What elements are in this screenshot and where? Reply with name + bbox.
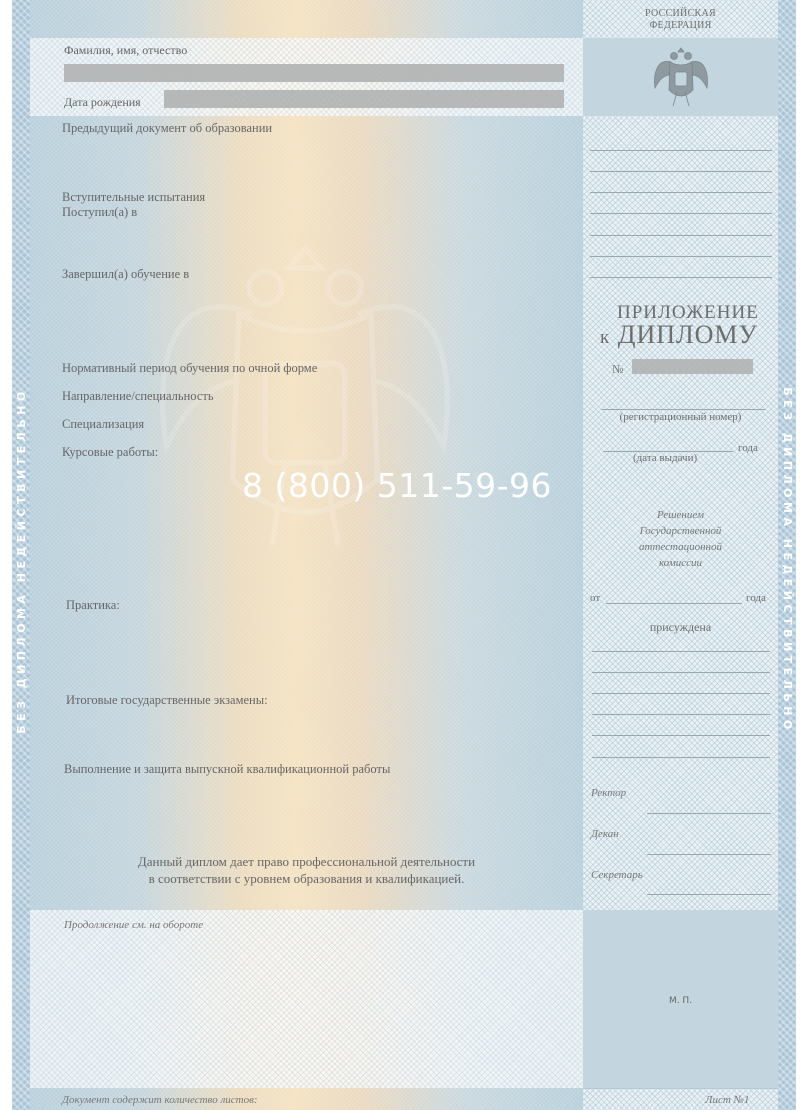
blank-line xyxy=(590,256,772,257)
thesis-label: Выполнение и защита выпускной квалификац… xyxy=(64,762,390,777)
registration-number-line xyxy=(602,409,765,410)
country-name: РОССИЙСКАЯ ФЕДЕРАЦИЯ xyxy=(583,8,778,32)
blank-line xyxy=(590,213,772,214)
blank-line xyxy=(590,150,772,151)
completed-in-label: Завершил(а) обучение в xyxy=(62,267,189,282)
sheet-number: Лист №1 xyxy=(705,1094,749,1106)
full-name-label: Фамилия, имя, отчество xyxy=(64,43,187,58)
blank-line xyxy=(592,651,770,652)
decision-line2: Государственной xyxy=(583,523,778,539)
year-word-2: года xyxy=(746,592,766,604)
course-works-label: Курсовые работы: xyxy=(62,445,158,460)
decision-date-line xyxy=(606,603,742,604)
blank-line xyxy=(592,693,770,694)
registration-number-caption: (регистрационный номер) xyxy=(583,411,778,423)
practice-label: Практика: xyxy=(66,598,120,613)
secretary-label: Секретарь xyxy=(591,869,643,881)
footer-divider xyxy=(583,1088,778,1089)
country-line1: РОССИЙСКАЯ xyxy=(583,8,778,20)
seal-place-label: М. П. xyxy=(583,996,778,1006)
issue-date-caption: (дата выдачи) xyxy=(633,452,697,464)
border-text-right: БЕЗ ДИПЛОМА НЕДЕЙСТВИТЕЛЬНО xyxy=(781,387,794,734)
blank-line xyxy=(592,735,770,736)
country-line2: ФЕДЕРАЦИЯ xyxy=(583,20,778,32)
number-sign: № xyxy=(612,362,623,377)
blank-line xyxy=(590,235,772,236)
final-exams-label: Итоговые государственные экзамены: xyxy=(66,693,268,708)
title-diploma: ДИПЛОМУ xyxy=(618,320,758,349)
commission-decision: Решением Государственной аттестационной … xyxy=(583,507,778,571)
left-border-strip: БЕЗ ДИПЛОМА НЕДЕЙСТВИТЕЛЬНО xyxy=(12,0,30,1110)
from-word: от xyxy=(590,592,600,604)
specialization-label: Специализация xyxy=(62,417,144,432)
dean-label: Декан xyxy=(591,828,619,840)
awarded-label: присуждена xyxy=(583,620,778,635)
enrolled-in-label: Поступил(а) в xyxy=(62,205,137,220)
rector-signature-line xyxy=(647,813,771,814)
rights-statement-line1: Данный диплом дает право профессионально… xyxy=(30,853,583,870)
right-border-strip: БЕЗ ДИПЛОМА НЕДЕЙСТВИТЕЛЬНО xyxy=(778,0,796,1110)
normative-period-label: Нормативный период обучения по очной фор… xyxy=(62,361,317,376)
diploma-supplement-page: БЕЗ ДИПЛОМА НЕДЕЙСТВИТЕЛЬНО БЕЗ ДИПЛОМА … xyxy=(0,0,800,1110)
continuation-band xyxy=(30,910,583,1088)
continuation-note: Продолжение см. на обороте xyxy=(64,919,203,931)
previous-document-label: Предыдущий документ об образовании xyxy=(62,121,272,136)
rights-statement: Данный диплом дает право профессионально… xyxy=(30,853,583,887)
border-text-left: БЕЗ ДИПЛОМА НЕДЕЙСТВИТЕЛЬНО xyxy=(15,387,28,734)
to-diploma-title: к ДИПЛОМУ xyxy=(600,320,758,350)
secretary-signature-line xyxy=(647,894,771,895)
decision-line3: аттестационной xyxy=(583,539,778,555)
diploma-number-redacted xyxy=(632,359,753,374)
blank-line xyxy=(592,672,770,673)
blank-line xyxy=(590,171,772,172)
birth-date-label: Дата рождения xyxy=(64,95,141,110)
title-prefix: к xyxy=(600,327,610,348)
rights-statement-line2: в соответствии с уровнем образования и к… xyxy=(30,870,583,887)
birth-date-value-redacted xyxy=(164,90,564,108)
blank-line xyxy=(592,714,770,715)
sheets-count-label: Документ содержит количество листов: xyxy=(62,1094,258,1106)
rector-label: Ректор xyxy=(591,787,626,799)
watermark-phone: 8 (800) 511-59-96 xyxy=(242,466,552,505)
direction-specialty-label: Направление/специальность xyxy=(62,389,214,404)
blank-line xyxy=(592,757,770,758)
blank-line xyxy=(590,192,772,193)
decision-line1: Решением xyxy=(583,507,778,523)
russian-coat-of-arms-icon xyxy=(648,46,714,112)
decision-line4: комиссии xyxy=(583,555,778,571)
year-word: года xyxy=(738,442,758,454)
dean-signature-line xyxy=(647,854,771,855)
full-name-value-redacted xyxy=(64,64,564,82)
entrance-exams-label: Вступительные испытания xyxy=(62,190,205,205)
blank-line xyxy=(590,277,772,278)
